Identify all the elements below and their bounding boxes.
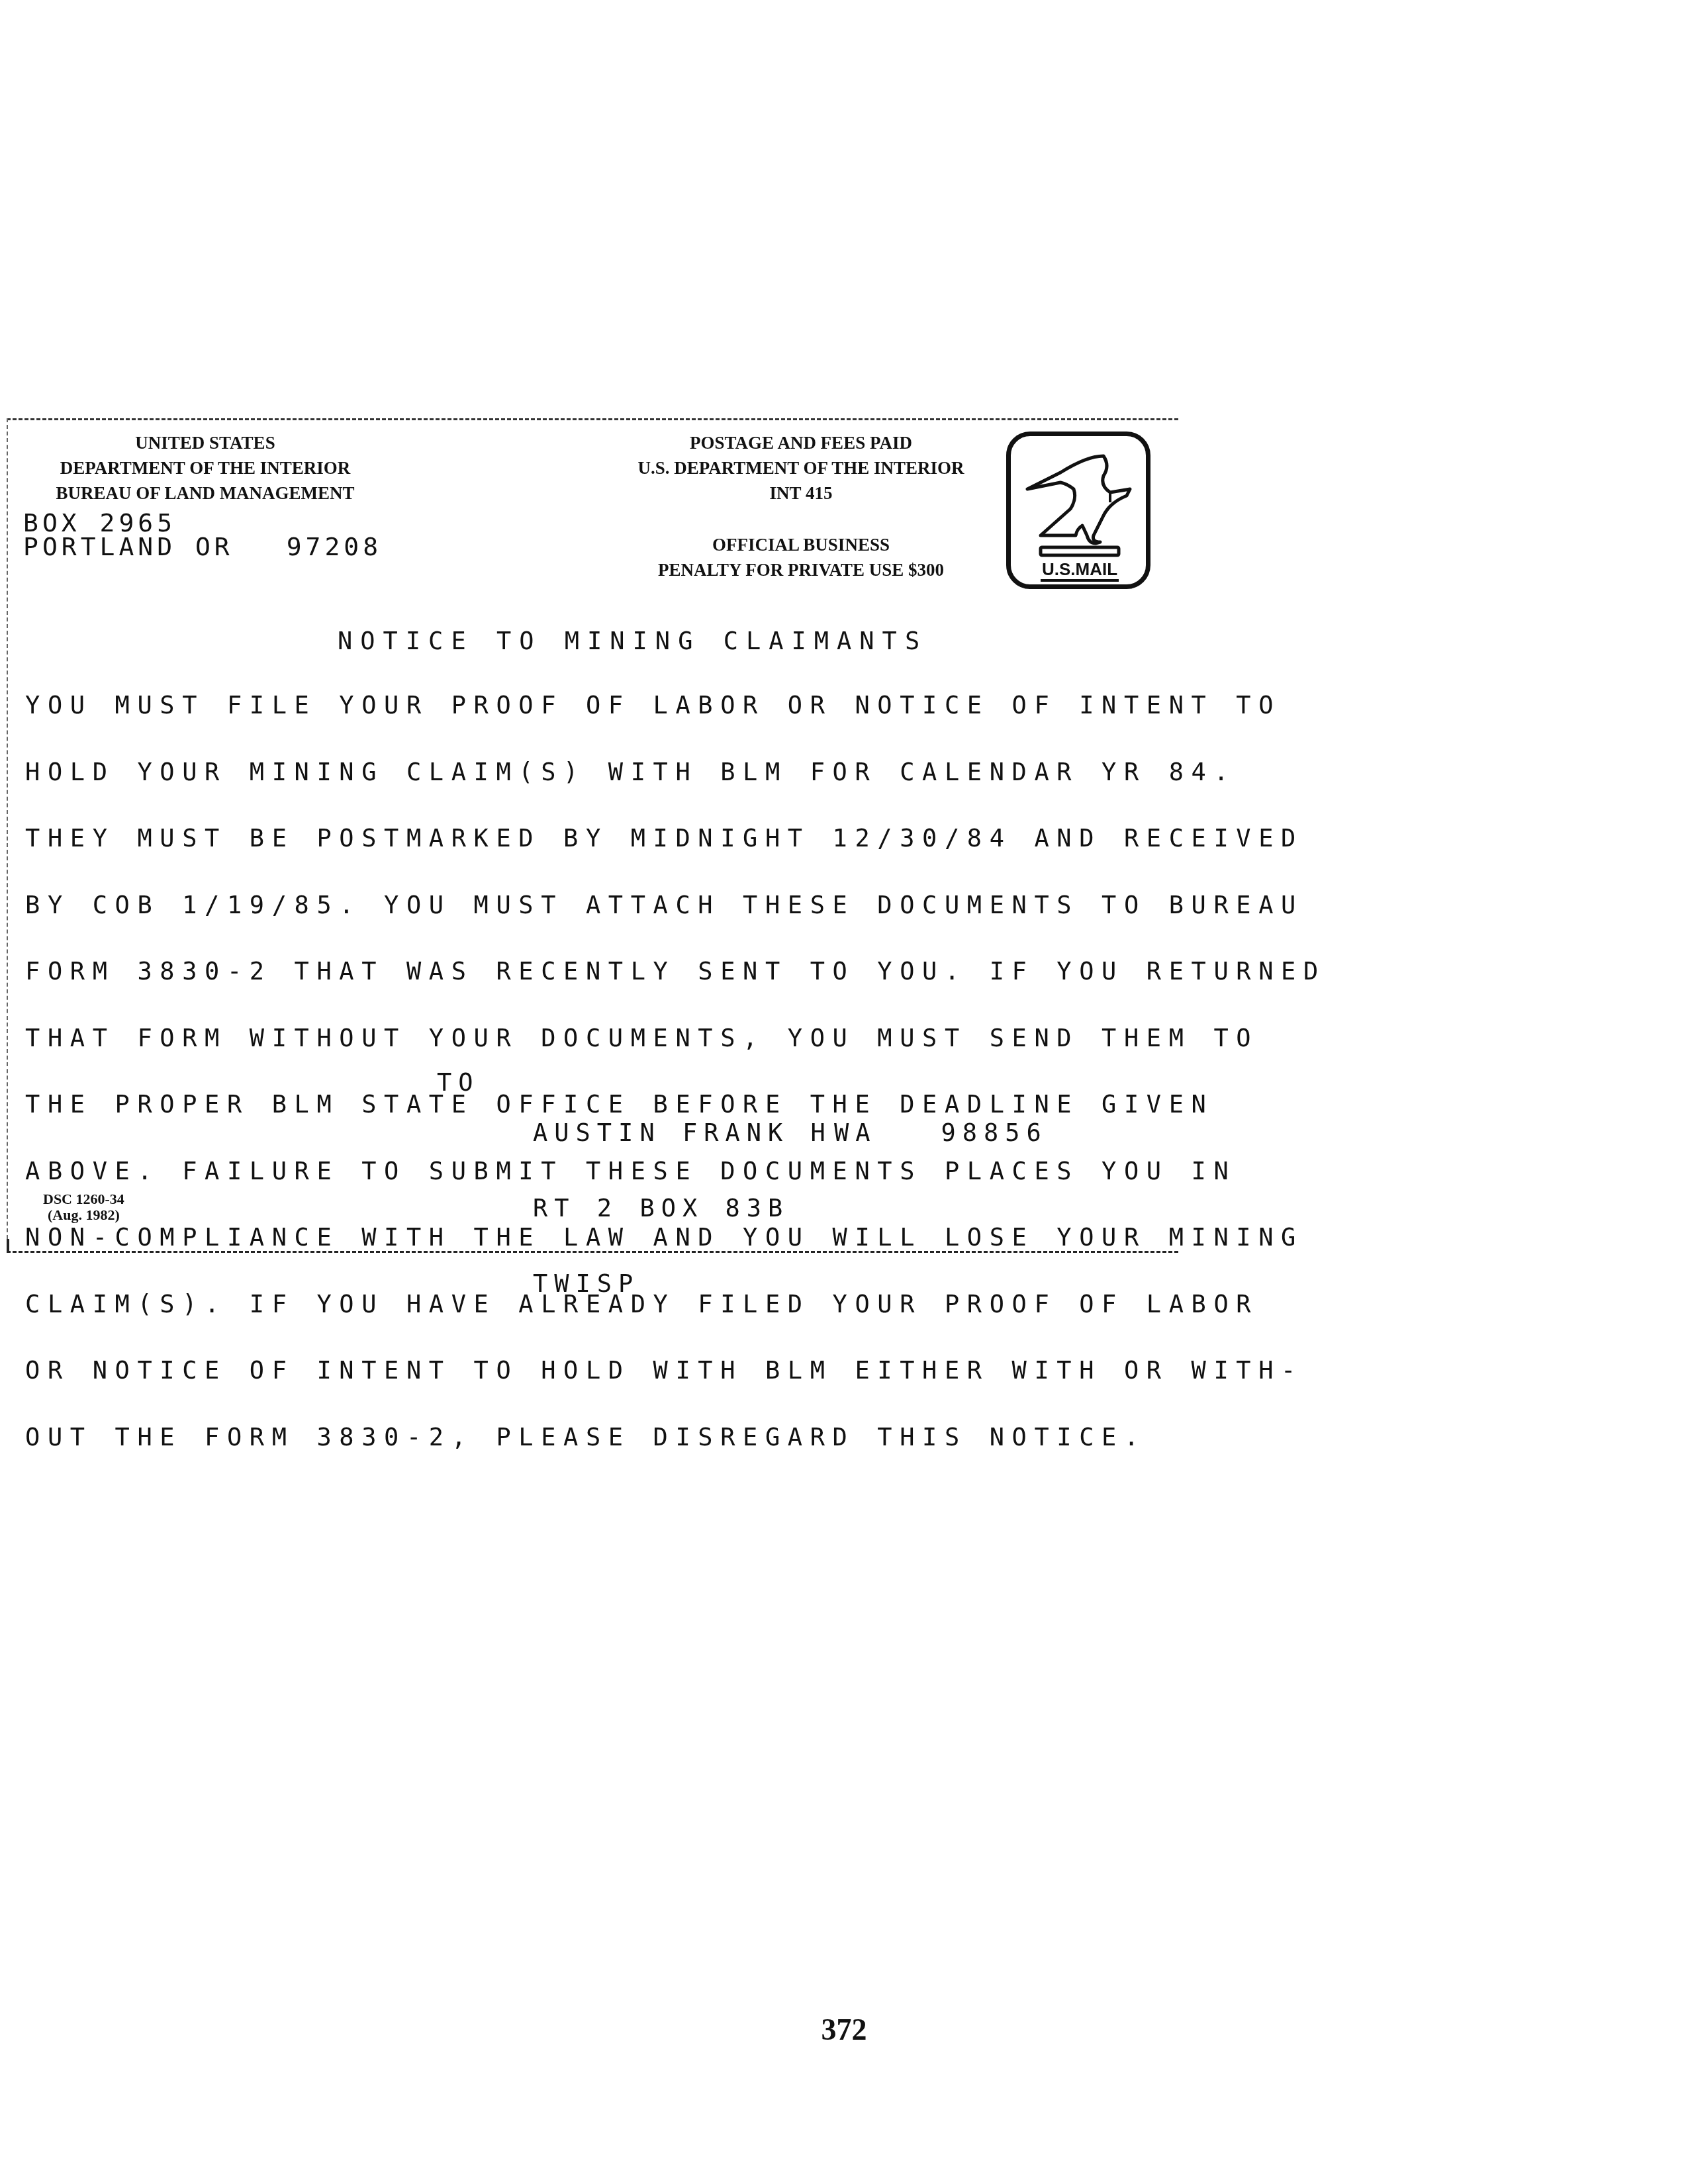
recipient-name: AUSTIN FRANK H	[533, 1120, 832, 1146]
sender-agency: UNITED STATES DEPARTMENT OF THE INTERIOR…	[26, 430, 384, 506]
notice-line: THEY MUST BE POSTMARKED BY MIDNIGHT 12/3…	[25, 827, 1326, 850]
us-mail-logo: U.S.MAIL	[1006, 432, 1150, 589]
postcard: UNITED STATES DEPARTMENT OF THE INTERIOR…	[7, 418, 1178, 1252]
recipient-city: TWISP	[533, 1271, 832, 1297]
sender-address: BOX 2965 PORTLAND OR97208	[23, 511, 382, 559]
notice-line: THAT FORM WITHOUT YOUR DOCUMENTS, YOU MU…	[25, 1027, 1326, 1050]
recipient-lines: AUSTIN FRANK H RT 2 BOX 83B TWISP	[533, 1070, 832, 1347]
perforation-left	[7, 418, 8, 1252]
postage-indicia: POSTAGE AND FEES PAID U.S. DEPARTMENT OF…	[589, 430, 1013, 582]
notice-line: OR NOTICE OF INTENT TO HOLD WITH BLM EIT…	[25, 1359, 1326, 1382]
notice-line: YOU MUST FILE YOUR PROOF OF LABOR OR NOT…	[25, 694, 1326, 717]
form-id: DSC 1260-34	[43, 1191, 124, 1207]
postage-line: INT 415	[589, 480, 1013, 506]
notice-line: FORM 3830-2 THAT WAS RECENTLY SENT TO YO…	[25, 960, 1326, 983]
corner-mark	[7, 1239, 9, 1252]
us-mail-eagle-icon: U.S.MAIL	[1011, 436, 1146, 584]
sender-city-line: PORTLAND OR97208	[23, 535, 382, 559]
notice-line: HOLD YOUR MINING CLAIM(S) WITH BLM FOR C…	[25, 761, 1326, 784]
sender-line: BUREAU OF LAND MANAGEMENT	[26, 480, 384, 506]
sender-line: UNITED STATES	[26, 430, 384, 455]
perforation-top	[7, 418, 1178, 420]
sender-box: BOX 2965	[23, 511, 382, 535]
form-date: (Aug. 1982)	[43, 1207, 124, 1223]
recipient-state: WA	[834, 1118, 877, 1147]
recipient-street: RT 2 BOX 83B	[533, 1196, 832, 1221]
page-number: 372	[794, 2012, 894, 2047]
recipient-zip: 98856	[941, 1118, 1047, 1147]
recipient-label: TO	[437, 1070, 480, 1095]
svg-text:U.S.MAIL: U.S.MAIL	[1042, 559, 1117, 579]
official-business: OFFICIAL BUSINESS	[589, 532, 1013, 557]
form-number: DSC 1260-34 (Aug. 1982)	[43, 1191, 124, 1223]
notice-line: BY COB 1/19/85. YOU MUST ATTACH THESE DO…	[25, 894, 1326, 917]
sender-zip: 97208	[287, 532, 382, 561]
sender-line: DEPARTMENT OF THE INTERIOR	[26, 455, 384, 480]
recipient-state-zip: WA 98856	[834, 1120, 1048, 1146]
penalty-notice: PENALTY FOR PRIVATE USE $300	[589, 557, 1013, 582]
sender-city-state: PORTLAND OR	[23, 532, 234, 561]
postage-line: POSTAGE AND FEES PAID	[589, 430, 1013, 455]
postage-line: U.S. DEPARTMENT OF THE INTERIOR	[589, 455, 1013, 480]
notice-line: OUT THE FORM 3830-2, PLEASE DISREGARD TH…	[25, 1426, 1326, 1449]
